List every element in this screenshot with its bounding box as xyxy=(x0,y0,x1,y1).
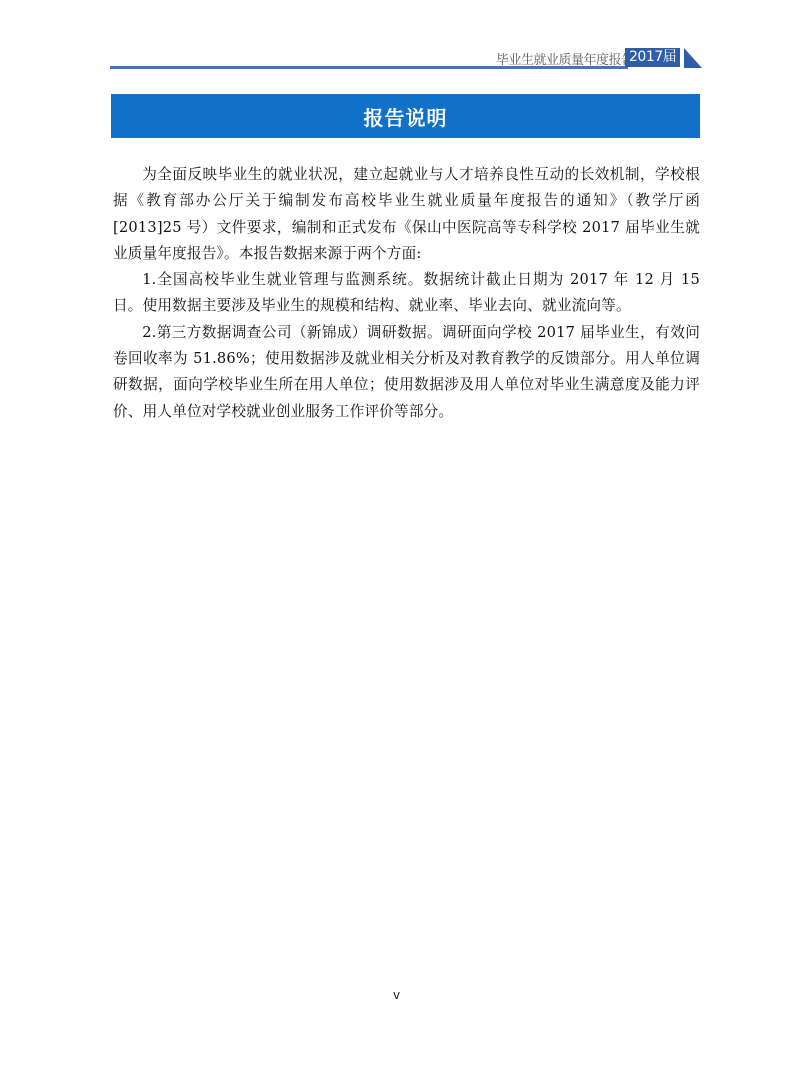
paragraph-source-2: 2.第三方数据调查公司（新锦成）调研数据。调研面向学校 2017 届毕业生，有效… xyxy=(113,320,700,425)
section-title-bar: 报告说明 xyxy=(111,94,700,138)
header-year-badge: 2017届 xyxy=(625,48,680,67)
page-number: v xyxy=(0,988,793,1002)
section-title: 报告说明 xyxy=(364,102,448,131)
running-header: 毕业生就业质量年度报告 2017届 xyxy=(0,0,793,80)
paragraph-source-1: 1.全国高校毕业生就业管理与监测系统。数据统计截止日期为 2017 年 12 月… xyxy=(113,267,700,320)
report-body: 为全面反映毕业生的就业状况，建立起就业与人才培养良性互动的长效机制，学校根据《教… xyxy=(113,162,700,425)
paragraph-intro: 为全面反映毕业生的就业状况，建立起就业与人才培养良性互动的长效机制，学校根据《教… xyxy=(113,162,700,267)
header-report-title: 毕业生就业质量年度报告 xyxy=(496,49,634,68)
header-triangle-icon xyxy=(684,48,702,68)
